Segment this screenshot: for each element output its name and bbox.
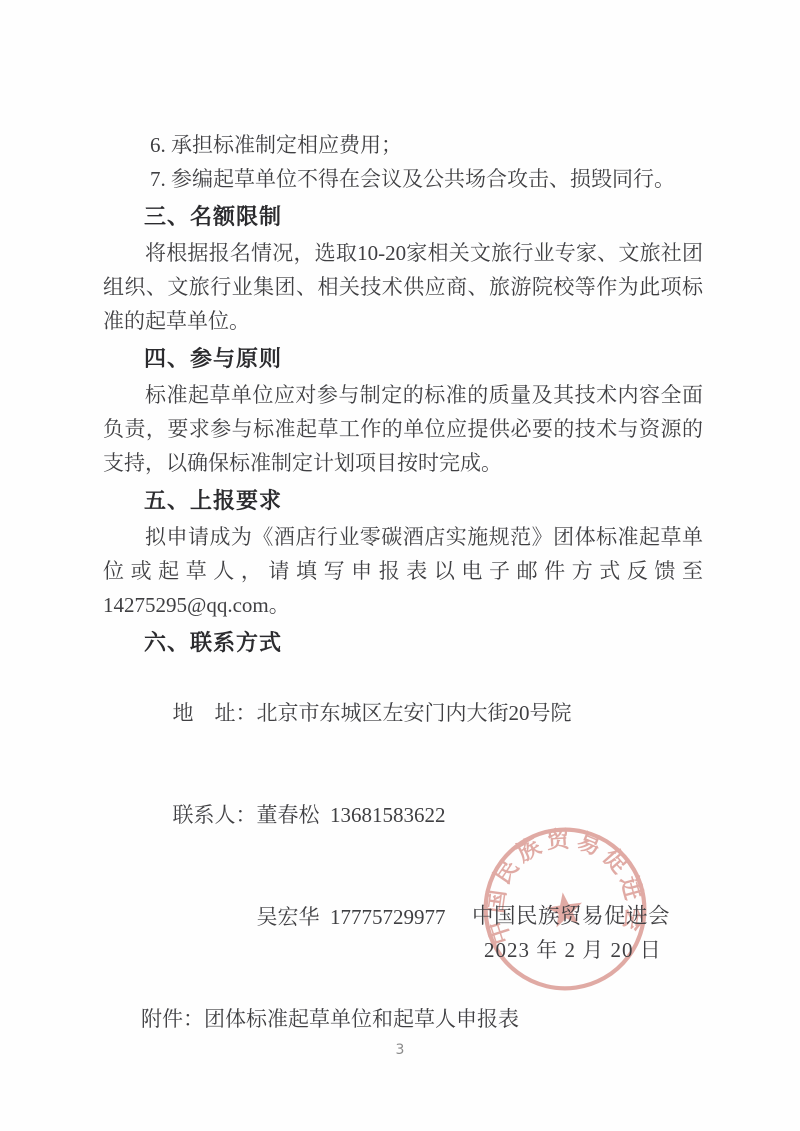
signature-date: 2023 年 2 月 20 日 (484, 933, 662, 967)
section-heading-contact-info: 六、联系方式 (144, 626, 703, 660)
list-item-7: 7. 参编起草单位不得在会议及公共场合攻击、损毁同行。 (103, 162, 703, 196)
list-item-6: 6. 承担标准制定相应费用； (103, 128, 703, 162)
document-page: 6. 承担标准制定相应费用； 7. 参编起草单位不得在会议及公共场合攻击、损毁同… (0, 0, 800, 1131)
contact-person-1-value: 董春松 13681583622 (257, 803, 446, 827)
contact-person-label: 联系人： (173, 798, 257, 832)
section-body-quota-limit: 将根据报名情况，选取10-20家相关文旅行业专家、文旅社团组织、文旅行业集团、相… (103, 236, 703, 338)
contact-address-value: 北京市东城区左安门内大街20号院 (257, 701, 572, 725)
contact-address-label: 地 址： (173, 696, 257, 730)
contact-person-2-value: 吴宏华 17775729977 (257, 905, 446, 929)
section-body-participation-principle: 标准起草单位应对参与制定的标准的质量及其技术内容全面负责，要求参与标准起草工作的… (103, 378, 703, 480)
section-heading-submission-requirements: 五、上报要求 (144, 484, 703, 518)
page-number: 3 (0, 1042, 800, 1058)
attachment-note: 附件：团体标准起草单位和起草人申报表 (141, 1002, 703, 1036)
contact-address-row: 地 址：北京市东城区左安门内大街20号院 (141, 662, 703, 764)
signature-organization: 中国民族贸易促进会 (472, 899, 670, 933)
section-heading-quota-limit: 三、名额限制 (144, 200, 703, 234)
section-heading-participation-principle: 四、参与原则 (144, 342, 703, 376)
section-body-submission-requirements: 拟申请成为《酒店行业零碳酒店实施规范》团体标准起草单位或起草人，请填写申报表以电… (103, 520, 703, 622)
